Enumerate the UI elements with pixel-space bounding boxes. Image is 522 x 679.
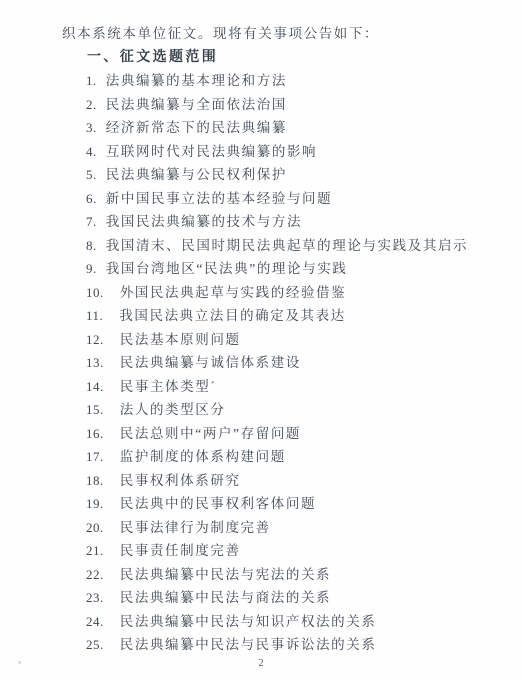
topic-text: 民法典编纂与全面依法治国 xyxy=(106,97,287,112)
topic-number: 13. xyxy=(86,351,104,375)
topic-text: 民事权利体系研究 xyxy=(120,473,241,488)
topic-item: 9.我国台湾地区“民法典”的理论与实践 xyxy=(86,257,522,281)
topic-text: 民法典编纂与诚信体系建设 xyxy=(120,355,301,370)
topic-item: 6.新中国民事立法的基本经验与问题 xyxy=(86,187,522,211)
topic-text: 外国民法典起草与实践的经验借鉴 xyxy=(120,285,347,300)
topic-number: 12. xyxy=(86,328,104,352)
topic-item: 7.我国民法典编纂的技术与方法 xyxy=(86,210,522,234)
topic-text: 民法典中的民事权利客体问题 xyxy=(120,496,316,511)
topic-number: 25. xyxy=(86,633,104,657)
topic-number: 4. xyxy=(86,140,97,164)
topic-text: 民事法律行为制度完善 xyxy=(120,520,271,535)
topic-number: 3. xyxy=(86,116,97,140)
topic-item: 3.经济新常态下的民法典编纂 xyxy=(86,116,522,140)
topic-text: 民法典编纂与公民权利保护 xyxy=(106,167,287,182)
topic-item: 19.民法典中的民事权利客体问题 xyxy=(86,492,522,516)
topic-number: 22. xyxy=(86,563,104,587)
topic-item: 13.民法典编纂与诚信体系建设 xyxy=(86,351,522,375)
topic-item: 24.民法典编纂中民法与知识产权法的关系 xyxy=(86,610,522,634)
topic-text: 经济新常态下的民法典编纂 xyxy=(106,120,287,135)
topic-item: 12.民法基本原则问题 xyxy=(86,328,522,352)
topic-text: 法典编纂的基本理论和方法 xyxy=(106,73,287,88)
page-number: 2 xyxy=(0,657,522,671)
topic-text: 我国清末、民国时期民法典起草的理论与实践及其启示 xyxy=(106,238,468,253)
topic-text: 监护制度的体系构建问题 xyxy=(120,449,286,464)
topic-number: 23. xyxy=(86,586,104,610)
topic-number: 11. xyxy=(86,304,103,328)
topic-number: 9. xyxy=(86,257,97,281)
topic-number: 24. xyxy=(86,610,104,634)
topic-number: 21. xyxy=(86,539,104,563)
topic-item: 14.民事主体类型ˊ xyxy=(86,375,522,399)
topic-text: 我国民法典立法目的确定及其表达 xyxy=(119,308,346,323)
topic-text: 民事主体类型ˊ xyxy=(120,379,217,394)
scan-artifact-speck xyxy=(18,661,21,664)
topic-item: 20.民事法律行为制度完善 xyxy=(86,516,522,540)
topic-text: 我国民法典编纂的技术与方法 xyxy=(106,214,302,229)
topic-item: 8.我国清末、民国时期民法典起草的理论与实践及其启示 xyxy=(86,234,522,258)
topic-text: 互联网时代对民法典编纂的影响 xyxy=(106,144,317,159)
topic-number: 2. xyxy=(86,93,97,117)
topic-number: 8. xyxy=(86,234,97,258)
topic-number: 19. xyxy=(86,492,104,516)
topic-item: 16.民法总则中“两户”存留问题 xyxy=(86,422,522,446)
topic-list: 1.法典编纂的基本理论和方法2.民法典编纂与全面依法治国3.经济新常态下的民法典… xyxy=(0,69,522,657)
topic-number: 17. xyxy=(86,445,104,469)
topic-item: 23.民法典编纂中民法与商法的关系 xyxy=(86,586,522,610)
topic-number: 10. xyxy=(86,281,104,305)
topic-text: 民事责任制度完善 xyxy=(120,543,241,558)
topic-number: 6. xyxy=(86,187,97,211)
topic-text: 新中国民事立法的基本经验与问题 xyxy=(106,191,333,206)
topic-item: 1.法典编纂的基本理论和方法 xyxy=(86,69,522,93)
topic-text: 法人的类型区分 xyxy=(120,402,226,417)
topic-text: 我国台湾地区“民法典”的理论与实践 xyxy=(106,261,348,276)
topic-item: 2.民法典编纂与全面依法治国 xyxy=(86,93,522,117)
topic-text: 民法基本原则问题 xyxy=(120,332,241,347)
topic-number: 7. xyxy=(86,210,97,234)
topic-number: 14. xyxy=(86,375,104,399)
topic-number: 5. xyxy=(86,163,97,187)
topic-item: 17.监护制度的体系构建问题 xyxy=(86,445,522,469)
topic-number: 1. xyxy=(86,69,97,93)
topic-item: 22.民法典编纂中民法与宪法的关系 xyxy=(86,563,522,587)
intro-paragraph: 织本系统本单位征文。现将有关事项公告如下： xyxy=(62,22,522,46)
topic-number: 15. xyxy=(86,398,104,422)
topic-item: 10.外国民法典起草与实践的经验借鉴 xyxy=(86,281,522,305)
topic-item: 5.民法典编纂与公民权利保护 xyxy=(86,163,522,187)
topic-item: 11.我国民法典立法目的确定及其表达 xyxy=(86,304,522,328)
section-heading: 一、征文选题范围 xyxy=(87,46,522,70)
topic-item: 15.法人的类型区分 xyxy=(86,398,522,422)
topic-number: 18. xyxy=(86,469,104,493)
topic-item: 21.民事责任制度完善 xyxy=(86,539,522,563)
topic-text: 民法典编纂中民法与民事诉讼法的关系 xyxy=(120,637,377,652)
topic-text: 民法典编纂中民法与宪法的关系 xyxy=(120,567,331,582)
document-page: 织本系统本单位征文。现将有关事项公告如下： 一、征文选题范围 1.法典编纂的基本… xyxy=(0,0,522,679)
topic-item: 25.民法典编纂中民法与民事诉讼法的关系 xyxy=(86,633,522,657)
topic-text: 民法总则中“两户”存留问题 xyxy=(120,426,301,441)
topic-item: 4.互联网时代对民法典编纂的影响 xyxy=(86,140,522,164)
topic-text: 民法典编纂中民法与商法的关系 xyxy=(120,590,331,605)
topic-item: 18.民事权利体系研究 xyxy=(86,469,522,493)
topic-number: 20. xyxy=(86,516,104,540)
topic-text: 民法典编纂中民法与知识产权法的关系 xyxy=(120,614,377,629)
topic-number: 16. xyxy=(86,422,104,446)
